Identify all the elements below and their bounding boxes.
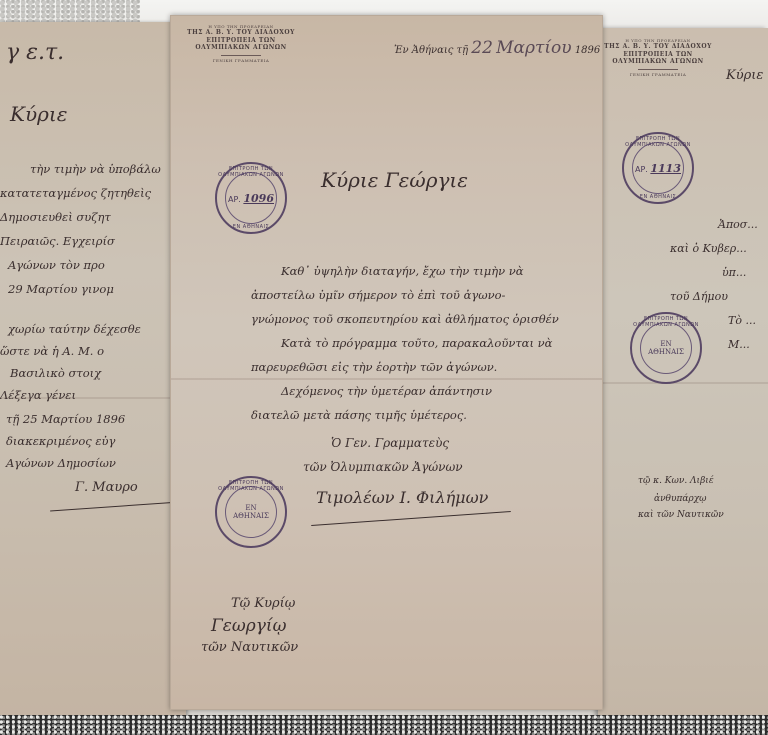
address-line: τῶν Ναυτικῶν xyxy=(201,640,298,655)
center-stamp-athens: ΕΠΙΤΡΟΠΗ ΤΩΝ ΟΛΥΜΠΙΑΚΩΝ ΑΓΩΝΩΝ ΕΝΑΘΗΝΑΙΣ xyxy=(215,476,287,548)
left-letter: γ ε.τ. Κύριε τὴν τιμὴν νὰ ὑποβάλω κατατε… xyxy=(0,22,186,722)
stamp-number: ΑΡ. 1096 xyxy=(228,192,274,205)
letterhead-line: ΤΗΣ Α. Β. Υ. ΤΟΥ ΔΙΑΔΟΧΟΥ xyxy=(598,43,718,51)
left-line: ὥστε νὰ ἡ Α. Μ. ο xyxy=(0,344,104,358)
body-line: διατελῶ μετὰ πάσης τιμῆς ὑμέτερος. xyxy=(251,408,467,422)
center-date: Ἐν Ἀθήναις τῇ 22 Μαρτίου 1896 xyxy=(394,38,600,58)
right-letterhead: Η ΥΠΟ ΤΗΝ ΠΡΟΕΔΡΕΙΑΝ ΤΗΣ Α. Β. Υ. ΤΟΥ ΔΙ… xyxy=(598,38,718,77)
letterhead-rule xyxy=(638,69,678,70)
right-stamp-athens: ΕΠΙΤΡΟΠΗ ΤΩΝ ΟΛΥΜΠΙΑΚΩΝ ΑΓΩΝΩΝ ΕΝΑΘΗΝΑΙΣ xyxy=(630,312,702,384)
right-line: καὶ ὁ Κυβερ... xyxy=(670,242,747,255)
left-line: Αγώνων Δημοσίων xyxy=(6,456,116,470)
stamp-number-value: 1113 xyxy=(650,162,681,175)
letterhead-line: ΕΠΙΤΡΟΠΕΙΑ ΤΩΝ ΟΛΥΜΠΙΑΚΩΝ ΑΓΩΝΩΝ xyxy=(598,51,718,66)
left-line: διακεκριμένος εὐγ xyxy=(6,434,115,448)
left-line: κατατεταγμένος ζητηθεὶς xyxy=(0,186,151,200)
right-line: Ἀποσ... xyxy=(718,218,758,231)
stamp-place-line: ΕΝ xyxy=(648,340,684,348)
body-line: Κατὰ τὸ πρόγραμμα τοῦτο, παρακαλοῦνται ν… xyxy=(281,336,552,350)
right-address-line: καὶ τῶν Ναυτικῶν xyxy=(638,510,724,520)
date-prefix: Ἐν Ἀθήναις τῇ xyxy=(394,45,468,56)
stamp-ring-bottom: ΕΝ ΑΘΗΝΑΙΣ xyxy=(217,224,285,230)
right-line: ὑπ... xyxy=(722,266,746,279)
left-line: Βασιλικὸ στοιχ xyxy=(10,366,101,380)
body-line: Καθ᾿ ὑψηλὴν διαταγήν, ἔχω τὴν τιμὴν νὰ xyxy=(281,264,524,278)
stamp-place: ΕΝΑΘΗΝΑΙΣ xyxy=(233,504,269,521)
address-line: Τῷ Κυρίῳ xyxy=(231,596,295,611)
stamp-place-line: ΕΝ xyxy=(233,504,269,512)
left-salutation: Κύριε xyxy=(10,102,67,126)
letterhead-rule xyxy=(221,55,261,56)
letterhead-line: ΕΠΙΤΡΟΠΕΙΑ ΤΩΝ ΟΛΥΜΠΙΑΚΩΝ ΑΓΩΝΩΝ xyxy=(181,37,301,52)
stamp-ring-text: ΕΠΙΤΡΟΠΗ ΤΩΝ ΟΛΥΜΠΙΑΚΩΝ ΑΓΩΝΩΝ xyxy=(632,316,700,328)
left-line: Αγώνων τὸν προ xyxy=(8,258,105,272)
letterhead-line: ΓΕΝΙΚΗ ΓΡΑΜΜΑΤΕΙΑ xyxy=(598,72,718,77)
center-stamp-number: ΕΠΙΤΡΟΠΗ ΤΩΝ ΟΛΥΜΠΙΑΚΩΝ ΑΓΩΝΩΝ ΑΡ. 1096 … xyxy=(215,162,287,234)
letterhead-line: ΓΕΝΙΚΗ ΓΡΑΜΜΑΤΕΙΑ xyxy=(181,58,301,63)
stamp-ring-text: ΕΠΙΤΡΟΠΗ ΤΩΝ ΟΛΥΜΠΙΑΚΩΝ ΑΓΩΝΩΝ xyxy=(624,136,692,148)
stamp-ring-text: ΕΠΙΤΡΟΠΗ ΤΩΝ ΟΛΥΜΠΙΑΚΩΝ ΑΓΩΝΩΝ xyxy=(217,480,285,492)
left-signature: Γ. Μαυρο xyxy=(75,480,138,495)
signature: Τιμολέων Ι. Φιλήμων xyxy=(316,488,488,507)
right-line: τοῦ Δήμου xyxy=(670,290,728,303)
stamp-number-value: 1096 xyxy=(243,192,274,205)
stamp-number: ΑΡ. 1113 xyxy=(635,162,681,175)
date-year: 1896 xyxy=(575,45,600,56)
left-top-text: γ ε.τ. xyxy=(6,40,64,65)
date-month: Μαρτίου xyxy=(496,38,572,58)
stamp-ring-text: ΕΠΙΤΡΟΠΗ ΤΩΝ ΟΛΥΜΠΙΑΚΩΝ ΑΓΩΝΩΝ xyxy=(217,166,285,178)
left-line: τῇ 25 Μαρτίου 1896 xyxy=(6,412,125,426)
signature-underline xyxy=(311,511,511,526)
letterhead-line: ΤΗΣ Α. Β. Υ. ΤΟΥ ΔΙΑΔΟΧΟΥ xyxy=(181,29,301,37)
stamp-ring-bottom: ΕΝ ΑΘΗΝΑΙΣ xyxy=(624,194,692,200)
left-line: Πειραιῶς. Εγχειρίσ xyxy=(0,234,115,248)
right-letter: Η ΥΠΟ ΤΗΝ ΠΡΟΕΔΡΕΙΑΝ ΤΗΣ Α. Β. Υ. ΤΟΥ ΔΙ… xyxy=(598,28,768,720)
center-letterhead: Η ΥΠΟ ΤΗΝ ΠΡΟΕΔΡΕΙΑΝ ΤΗΣ Α. Β. Υ. ΤΟΥ ΔΙ… xyxy=(181,24,301,63)
left-line: Λέξεγα γένει xyxy=(0,388,76,402)
body-line: Δεχόμενος τὴν ὑμετέραν ἀπάντησιν xyxy=(281,384,492,398)
stamp-label: ΑΡ. xyxy=(228,195,241,204)
left-signature-underline xyxy=(50,501,180,511)
body-line: παρευρεθῶσι εἰς τὴν ἑορτὴν τῶν ἀγώνων. xyxy=(251,360,497,374)
fold-crease xyxy=(598,382,768,384)
address-line: Γεωργίῳ xyxy=(211,616,286,636)
center-letter: Η ΥΠΟ ΤΗΝ ΠΡΟΕΔΡΕΙΑΝ ΤΗΣ Α. Β. Υ. ΤΟΥ ΔΙ… xyxy=(170,15,603,710)
background-speckle xyxy=(0,0,140,24)
right-stamp-number: ΕΠΙΤΡΟΠΗ ΤΩΝ ΟΛΥΜΠΙΑΚΩΝ ΑΓΩΝΩΝ ΑΡ. 1113 … xyxy=(622,132,694,204)
stamp-label: ΑΡ. xyxy=(635,165,648,174)
stamp-place: ΕΝΑΘΗΝΑΙΣ xyxy=(648,340,684,357)
right-salutation: Κύριε xyxy=(726,68,763,83)
stamp-place-line: ΑΘΗΝΑΙΣ xyxy=(648,348,684,356)
right-line: Τὸ ... xyxy=(728,314,756,327)
date-day: 22 xyxy=(471,38,493,58)
left-line: χωρίω ταύτην δέχεσθε xyxy=(8,322,141,336)
right-address-line: ἀνθυπάρχῳ xyxy=(654,494,707,504)
closing-title: Ὁ Γεν. Γραμματεὺς xyxy=(331,436,449,450)
background-bottom-granite xyxy=(0,715,768,735)
closing-organization: τῶν Ὀλυμπιακῶν Ἀγώνων xyxy=(303,460,463,474)
left-line: Δημοσιευθεὶ συζητ xyxy=(0,210,111,224)
right-line: Μ... xyxy=(728,338,750,351)
fold-crease xyxy=(171,378,602,380)
right-address-line: τῷ κ. Κων. Λιβιέ xyxy=(638,476,714,486)
body-line: γνώμονος τοῦ σκοπευτηρίου καὶ ἀθλήματος … xyxy=(251,312,559,326)
left-line: τὴν τιμὴν νὰ ὑποβάλω xyxy=(30,162,161,176)
left-line: 29 Μαρτίου γινομ xyxy=(8,282,114,296)
body-line: ἀποστείλω ὑμῖν σήμερον τὸ ἐπὶ τοῦ ἀγωνο- xyxy=(251,288,505,302)
stamp-place-line: ΑΘΗΝΑΙΣ xyxy=(233,512,269,520)
center-salutation: Κύριε Γεώργιε xyxy=(321,168,468,192)
